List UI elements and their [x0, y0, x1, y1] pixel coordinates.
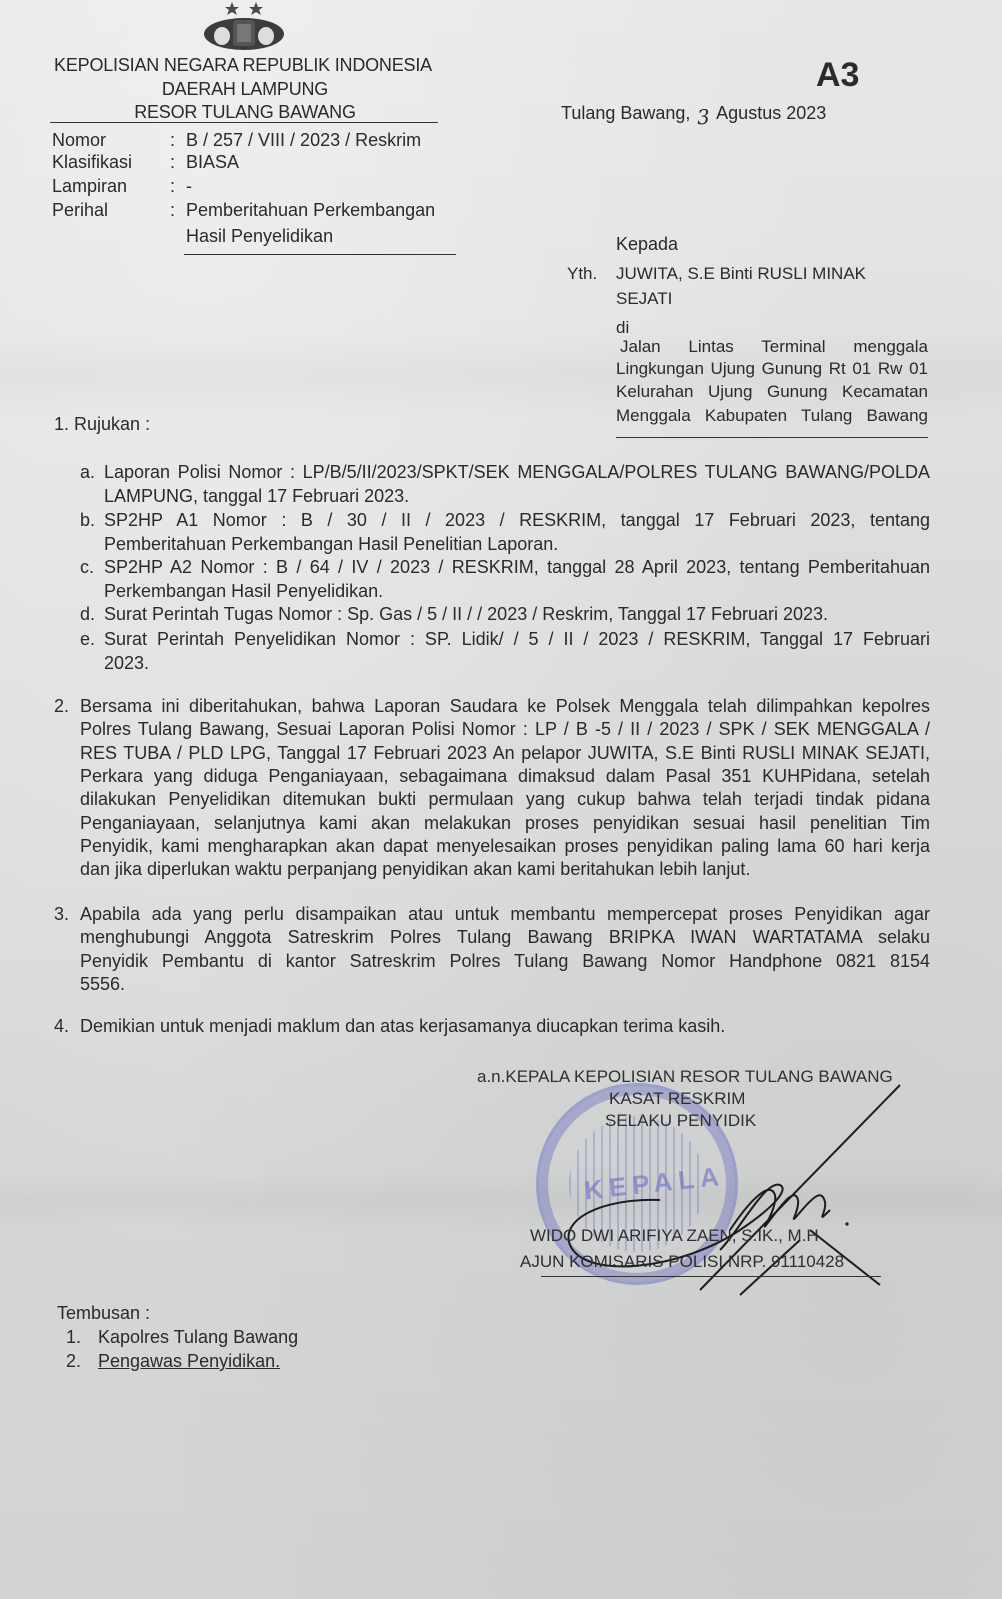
rujukan-item-letter: e.	[80, 629, 95, 650]
police-emblem-icon	[202, 0, 286, 52]
paragraph-line: Bersama ini diberitahukan, bahwa Laporan…	[80, 696, 930, 720]
address-underline	[616, 437, 928, 438]
meta-value: BIASA	[186, 152, 239, 173]
recipient-address-line: Menggala Kabupaten Tulang Bawang	[616, 406, 928, 426]
tembusan-item: 2.Pengawas Penyidikan.	[66, 1351, 280, 1372]
paragraph-line: Demikian untuk menjadi maklum dan atas k…	[80, 1016, 725, 1037]
meta-label: Perihal	[52, 200, 108, 221]
meta-colon: :	[170, 176, 175, 197]
section-number: 1.	[54, 414, 69, 434]
section-number: 4.	[54, 1016, 69, 1037]
document-code: A3	[816, 56, 859, 95]
meta-value-line2: Hasil Penyelidikan	[186, 226, 333, 247]
place-date-suffix: Agustus 2023	[712, 103, 826, 123]
rujukan-item-line: Perkembangan Hasil Penyelidikan.	[104, 581, 383, 602]
rujukan-item-line: SP2HP A2 Nomor : B / 64 / IV / 2023 / RE…	[104, 557, 930, 581]
tembusan-item: 1.Kapolres Tulang Bawang	[66, 1327, 298, 1348]
meta-label: Klasifikasi	[52, 152, 132, 173]
rujukan-item-line: 2023.	[104, 653, 149, 674]
tembusan-text: Pengawas Penyidikan.	[98, 1351, 280, 1371]
meta-value: Pemberitahuan Perkembangan	[186, 200, 435, 221]
tembusan-number: 2.	[66, 1351, 98, 1372]
meta-colon: :	[170, 152, 175, 173]
letter-page: KEPOLISIAN NEGARA REPUBLIK INDONESIA DAE…	[0, 0, 1002, 1599]
letterhead-line1: KEPOLISIAN NEGARA REPUBLIK INDONESIA	[47, 55, 439, 76]
paragraph-line: dilakukan Penyelidikan ditemukan bukti p…	[80, 789, 930, 813]
meta-label: Lampiran	[52, 176, 127, 197]
paragraph-line: Polres Tulang Bawang, Sesuai Laporan Pol…	[80, 719, 930, 743]
meta-label: Nomor	[52, 130, 106, 151]
rujukan-item-letter: c.	[80, 557, 94, 578]
recipient-address-line: Kelurahan Ujung Gunung Kecamatan	[616, 382, 928, 402]
rujukan-item-line: SP2HP A1 Nomor : B / 30 / II / 2023 / RE…	[104, 510, 930, 534]
perihal-underline	[184, 254, 456, 255]
paragraph-line: menghubungi Anggota Satreskrim Polres Tu…	[80, 927, 930, 951]
meta-value: -	[186, 176, 192, 197]
meta-colon: :	[170, 200, 175, 221]
recipient-address-line: Jalan Lintas Terminal menggala	[616, 337, 928, 357]
rujukan-item-line: Laporan Polisi Nomor : LP/B/5/II/2023/SP…	[104, 462, 930, 486]
rujukan-item-line: LAMPUNG, tanggal 17 Februari 2023.	[104, 486, 409, 507]
letterhead-rule	[50, 122, 438, 123]
paragraph-line: dan jika diperlukan waktu perpanjang pen…	[80, 859, 750, 880]
letterhead-line2: DAERAH LAMPUNG	[50, 79, 440, 100]
meta-value: B / 257 / VIII / 2023 / Reskrim	[186, 130, 421, 151]
section-number: 3.	[54, 904, 69, 925]
paragraph-line: Apabila ada yang perlu disampaikan atau …	[80, 904, 930, 928]
recipient-di: di	[616, 318, 629, 338]
recipient-yth: Yth.	[567, 264, 597, 284]
rujukan-item-letter: d.	[80, 604, 95, 625]
section-1-heading: 1. Rujukan :	[54, 414, 150, 435]
section-title: Rujukan :	[74, 414, 150, 434]
rujukan-item-line: Pemberitahuan Perkembangan Hasil Penelit…	[104, 534, 558, 555]
rujukan-item-line: Surat Perintah Tugas Nomor : Sp. Gas / 5…	[104, 604, 828, 625]
recipient-address-line: Lingkungan Ujung Gunung Rt 01 Rw 01	[616, 359, 928, 379]
meta-colon: :	[170, 130, 175, 151]
tembusan-text: Kapolres Tulang Bawang	[98, 1327, 298, 1347]
recipient-name-line2: SEJATI	[616, 289, 672, 309]
rujukan-item-line: Surat Perintah Penyelidikan Nomor : SP. …	[104, 629, 930, 653]
tembusan-number: 1.	[66, 1327, 98, 1348]
place-date-prefix: Tulang Bawang,	[561, 103, 695, 123]
paragraph-line: Penyidik, kami mengharapkan akan dapat m…	[80, 836, 930, 860]
signatory-rule	[541, 1276, 881, 1277]
paragraph-line: Penganiayaan, selanjutnya kami akan mela…	[80, 813, 930, 837]
place-date: Tulang Bawang, 3 Agustus 2023	[561, 100, 826, 124]
rujukan-item-letter: b.	[80, 510, 95, 531]
recipient-name-line1: JUWITA, S.E Binti RUSLI MINAK	[616, 264, 866, 284]
recipient-kepada: Kepada	[616, 234, 678, 255]
letterhead-line3: RESOR TULANG BAWANG	[50, 102, 440, 123]
tembusan-title: Tembusan :	[57, 1303, 150, 1324]
paragraph-line: Penyidik Pembantu di kantor Satreskrim P…	[80, 951, 930, 975]
rujukan-item-letter: a.	[80, 462, 95, 483]
signatory-rank-nrp: AJUN KOMISARIS POLISI NRP. 91110428	[520, 1252, 844, 1272]
paragraph-line: RES TUBA / PLD LPG, Tanggal 17 Februari …	[80, 743, 930, 767]
handwritten-day: 3	[697, 105, 711, 130]
signatory-name: WIDO DWI ARIFIYA ZAEN, S.IK., M.H	[530, 1226, 819, 1246]
paragraph-line: Perkara yang diduga Penganiayaan, sebaga…	[80, 766, 930, 790]
paragraph-line: 5556.	[80, 974, 125, 995]
section-number: 2.	[54, 696, 69, 717]
